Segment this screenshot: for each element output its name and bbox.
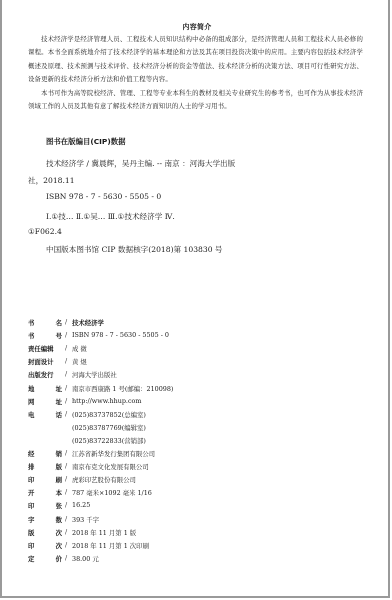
colophon-label-text: 开 (28, 488, 34, 497)
cip-title-line: 技术经济学 / 冀晨辉，吴丹主编. -- 南京 ：河海大学出版 (46, 158, 235, 169)
colophon-value: 虎彩印艺股份有限公司 (72, 475, 136, 484)
colophon-label-text: 址 (56, 384, 62, 393)
colophon-label-text: 定 (28, 554, 34, 563)
colophon-value: (025)83737852(总编室) (72, 410, 146, 419)
colophon-label-text: 销 (56, 449, 62, 458)
colophon-label-text: 名 (56, 318, 62, 327)
summary-paragraph: 本书可作为高等院校经济、管理、工程等专业本科生的教材及相关专业研究生的参考书，也… (28, 87, 363, 114)
colophon-value: 江苏省新华发行集团有限公司 (72, 449, 155, 458)
summary-title: 内容简介 (2, 22, 392, 32)
colophon-label: 出版发行 (28, 370, 62, 379)
colophon-label-text: 价 (56, 554, 62, 563)
colophon-label-text: 封面设计 (28, 357, 54, 366)
colophon-value: (025)83722833(营销部) (72, 436, 146, 445)
colophon-value: 南京市西康路 1 号(邮编：210098) (72, 384, 173, 393)
colophon-label-text: 书 (28, 318, 34, 327)
colophon-separator: / (65, 475, 67, 483)
colophon-separator: / (65, 397, 67, 405)
cip-isbn-line: ISBN 978 - 7 - 5630 - 5505 - 0 (46, 192, 161, 201)
colophon-value: 南京布克文化发展有限公司 (72, 462, 149, 471)
colophon-value: http://www.hhup.com (72, 397, 141, 405)
colophon-value: 技术经济学 (72, 318, 104, 327)
colophon-label: 经销 (28, 449, 62, 458)
colophon-label-text: 字 (28, 515, 34, 524)
colophon-label-text: 出版发行 (28, 370, 54, 379)
colophon-separator: / (65, 344, 67, 352)
colophon-separator: / (65, 410, 67, 418)
colophon-separator: / (65, 357, 67, 365)
colophon-label: 开本 (28, 488, 62, 497)
colophon-label-text: 张 (56, 501, 62, 510)
cip-publisher-line: 社，2018.11 (28, 175, 75, 186)
colophon-label-text: 数 (56, 515, 62, 524)
colophon-separator: / (65, 331, 67, 339)
colophon-value: ISBN 978 - 7 - 5630 - 5505 - 0 (72, 331, 169, 339)
colophon-label: 地址 (28, 384, 62, 393)
summary-body: 技术经济学是经济管理人员、工程技术人员知识结构中必备的组成部分，是经济管理人员和… (28, 33, 363, 113)
colophon-label: 排版 (28, 462, 62, 471)
colophon-value: (025)83787769(编辑室) (72, 423, 146, 432)
colophon-label: 书名 (28, 318, 62, 327)
colophon-label-text: 版 (56, 462, 62, 471)
cip-class-number: ①F062.4 (28, 227, 62, 236)
colophon-label-text: 经 (28, 449, 34, 458)
colophon-separator: / (65, 449, 67, 457)
colophon-label-text: 书 (28, 331, 34, 340)
colophon-separator: / (65, 488, 67, 496)
colophon-label-text: 号 (56, 331, 62, 340)
colophon-separator: / (65, 384, 67, 392)
colophon-label-text: 电 (28, 410, 34, 419)
colophon-label: 字数 (28, 515, 62, 524)
colophon-label-text: 话 (56, 410, 62, 419)
colophon-label-text: 责任编辑 (28, 344, 54, 353)
colophon-label: 封面设计 (28, 357, 62, 366)
colophon-label-text: 网 (28, 397, 34, 406)
colophon-value: 河海大学出版社 (72, 370, 117, 379)
colophon-separator: / (65, 528, 67, 536)
colophon-label-text: 地 (28, 384, 34, 393)
colophon-value: 2018 年 11 月第 1 版 (72, 528, 136, 537)
colophon-separator: / (65, 462, 67, 470)
colophon-separator: / (65, 501, 67, 509)
colophon-label: 版次 (28, 528, 62, 537)
colophon-separator: / (65, 554, 67, 562)
colophon-label: 书号 (28, 331, 62, 340)
colophon-label-text: 本 (56, 488, 62, 497)
cip-title: 图书在版编目(CIP)数据 (46, 136, 125, 147)
cip-classification-line: Ⅰ.①技… Ⅱ.①吴… Ⅲ.①技术经济学 Ⅳ. (46, 211, 175, 222)
colophon-value: 38.00 元 (72, 554, 99, 563)
colophon-separator: / (65, 541, 67, 549)
colophon-label: 印次 (28, 541, 62, 550)
colophon-label: 印刷 (28, 475, 62, 484)
colophon-label: 电话 (28, 410, 62, 419)
colophon-label-text: 址 (56, 397, 62, 406)
colophon-value: 黄 煜 (72, 357, 87, 366)
summary-paragraph: 技术经济学是经济管理人员、工程技术人员知识结构中必备的组成部分，是经济管理人员和… (28, 33, 363, 87)
colophon-label: 网址 (28, 397, 62, 406)
colophon-value: 393 千字 (72, 515, 99, 524)
colophon-separator: / (65, 318, 67, 326)
colophon-label-text: 次 (56, 528, 62, 537)
colophon-label-text: 印 (28, 541, 34, 550)
colophon-separator: / (65, 370, 67, 378)
colophon-label: 责任编辑 (28, 344, 62, 353)
colophon-label-text: 印 (28, 475, 34, 484)
colophon-label-text: 版 (28, 528, 34, 537)
colophon-label-text: 次 (56, 541, 62, 550)
book-copyright-page: 内容简介 技术经济学是经济管理人员、工程技术人员知识结构中必备的组成部分，是经济… (0, 0, 390, 598)
colophon-label: 印张 (28, 501, 62, 510)
colophon-value: 16.25 (72, 501, 90, 509)
colophon-value: 2018 年 11 月第 1 次印刷 (72, 541, 149, 550)
colophon-label-text: 排 (28, 462, 34, 471)
colophon-label: 定价 (28, 554, 62, 563)
colophon-value: 成 微 (72, 344, 87, 353)
colophon-value: 787 毫米×1092 毫米 1/16 (72, 488, 152, 497)
cip-record-number: 中国版本图书馆 CIP 数据核字(2018)第 103830 号 (46, 244, 223, 255)
colophon-label-text: 刷 (56, 475, 62, 484)
colophon-separator: / (65, 515, 67, 523)
colophon-label-text: 印 (28, 501, 34, 510)
